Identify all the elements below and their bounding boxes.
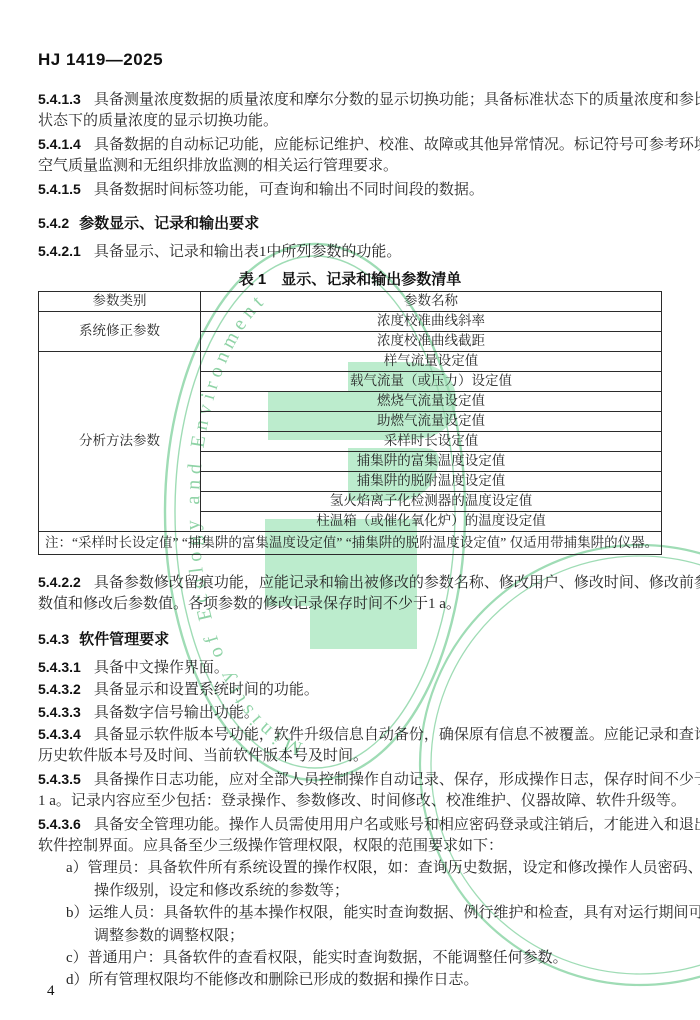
clause-text: d）所有管理权限均不能修改和删除已形成的数据和操作日志。 (66, 972, 479, 988)
clause-number: 5.4.1.5 (38, 181, 81, 197)
clause-text: 1 a。记录内容应至少包括：登录操作、参数修改、时间修改、校准维护、仪器故障、软… (38, 793, 686, 809)
column-header-category: 参数类别 (39, 291, 201, 311)
param-name-cell: 样气流量设定值 (201, 351, 662, 371)
clause-text: 历史软件版本号及时间、当前软件版本号及时间。 (38, 748, 368, 764)
clause-text: 具备显示软件版本号功能，软件升级信息自动备份，确保原有信息不被覆盖。应能记录和查… (94, 727, 700, 743)
clause-text: 软件控制界面。应具备至少三级操作管理权限，权限的范围要求如下： (38, 838, 503, 854)
clause-line: 5.4.2.2具备参数修改留痕功能，应能记录和输出被修改的参数名称、修改用户、修… (38, 571, 662, 593)
table-row: 分析方法参数样气流量设定值 (39, 351, 662, 371)
clause-number: 5.4.2.2 (38, 574, 81, 590)
clause-text: 状态下的质量浓度的显示切换功能。 (38, 113, 278, 129)
clause-text: 具备参数修改留痕功能，应能记录和输出被修改的参数名称、修改用户、修改时间、修改前… (94, 575, 700, 591)
page-number: 4 (47, 983, 55, 1000)
param-name-cell: 柱温箱（或催化氧化炉）的温度设定值 (201, 511, 662, 531)
clause-number: 5.4.3.3 (38, 704, 81, 720)
clause-line: 5.4.3.5具备操作日志功能，应对全部人员控制操作自动记录、保存，形成操作日志… (38, 768, 662, 790)
clause-number: 5.4.3 (38, 631, 69, 647)
param-category-cell: 系统修正参数 (39, 311, 201, 351)
clause-line: c）普通用户：具备软件的查看权限，能实时查询数据，不能调整任何参数。 (38, 947, 662, 969)
clause-line: 软件控制界面。应具备至少三级操作管理权限，权限的范围要求如下： (38, 835, 662, 857)
clause-line: b）运维人员：具备软件的基本操作权限，能实时查询数据、例行维护和检查，具有对运行… (38, 902, 662, 924)
clause-line: d）所有管理权限均不能修改和删除已形成的数据和操作日志。 (38, 969, 662, 991)
document-code: HJ 1419—2025 (38, 50, 163, 70)
clause-text: 软件管理要求 (79, 631, 169, 648)
clause-text: 调整参数的调整权限； (94, 928, 244, 944)
clause-text: a）管理员：具备软件所有系统设置的操作权限，如：查询历史数据，设定和修改操作人员… (66, 860, 700, 876)
clause-text: 空气质量监测和无组织排放监测的相关运行管理要求。 (38, 158, 398, 174)
clause-number: 5.4.3.1 (38, 659, 81, 675)
clause-text: c）普通用户：具备软件的查看权限，能实时查询数据，不能调整任何参数。 (66, 950, 568, 966)
clause-line: 空气质量监测和无组织排放监测的相关运行管理要求。 (38, 155, 662, 177)
clause-line: 5.4.3.3具备数字信号输出功能。 (38, 701, 662, 723)
standard-document-page: Ministry of Ecology and Environment HJ 1… (0, 0, 700, 1020)
param-name-cell: 浓度校准曲线斜率 (201, 311, 662, 331)
clause-line: 5.4.3.2具备显示和设置系统时间的功能。 (38, 678, 662, 700)
clause-number: 5.4.3.6 (38, 816, 81, 832)
param-name-cell: 氢火焰离子化检测器的温度设定值 (201, 491, 662, 511)
clause-number: 5.4.3.5 (38, 771, 81, 787)
clause-number: 5.4.2.1 (38, 243, 81, 259)
table-caption: 表 1 显示、记录和输出参数清单 (38, 269, 662, 291)
clause-text: b）运维人员：具备软件的基本操作权限，能实时查询数据、例行维护和检查，具有对运行… (66, 905, 700, 921)
clause-number: 5.4.1.4 (38, 136, 81, 152)
clause-line: 5.4.3.4具备显示软件版本号功能，软件升级信息自动备份，确保原有信息不被覆盖… (38, 723, 662, 745)
clause-line: 状态下的质量浓度的显示切换功能。 (38, 110, 662, 132)
clause-number: 5.4.2 (38, 215, 69, 231)
clause-text: 具备数据的自动标记功能，应能标记维护、校准、故障或其他异常情况。标记符号可参考环… (94, 137, 700, 153)
clause-line: 5.4.2.1具备显示、记录和输出表1中所列参数的功能。 (38, 240, 662, 262)
clause-line: a）管理员：具备软件所有系统设置的操作权限，如：查询历史数据，设定和修改操作人员… (38, 857, 662, 879)
parameter-table: 参数类别参数名称系统修正参数浓度校准曲线斜率浓度校准曲线截距分析方法参数样气流量… (38, 291, 662, 555)
clause-number: 5.4.3.2 (38, 681, 81, 697)
clause-text: 具备中文操作界面。 (94, 660, 229, 676)
clause-line: 操作级别，设定和修改系统的参数等； (38, 880, 662, 902)
clause-text: 具备显示和设置系统时间的功能。 (94, 682, 319, 698)
document-content: HJ 1419—2025 5.4.1.3具备测量浓度数据的质量浓度和摩尔分数的显… (0, 0, 700, 1020)
clause-line: 5.4.1.4具备数据的自动标记功能，应能标记维护、校准、故障或其他异常情况。标… (38, 133, 662, 155)
param-name-cell: 采样时长设定值 (201, 431, 662, 451)
clause-line: 5.4.1.3具备测量浓度数据的质量浓度和摩尔分数的显示切换功能；具备标准状态下… (38, 88, 662, 110)
clause-text: 具备显示、记录和输出表1中所列参数的功能。 (94, 244, 402, 260)
document-body: 5.4.1.3具备测量浓度数据的质量浓度和摩尔分数的显示切换功能；具备标准状态下… (38, 88, 662, 992)
table-note-row: 注：“采样时长设定值” “捕集阱的富集温度设定值” “捕集阱的脱附温度设定值” … (39, 531, 662, 554)
clause-line: 调整参数的调整权限； (38, 925, 662, 947)
param-category-cell: 分析方法参数 (39, 351, 201, 531)
section-heading: 5.4.3软件管理要求 (38, 628, 662, 650)
clause-number: 5.4.1.3 (38, 91, 81, 107)
clause-line: 数值和修改后参数值。各项参数的修改记录保存时间不少于1 a。 (38, 593, 662, 615)
clause-text: 参数显示、记录和输出要求 (79, 215, 259, 232)
clause-line: 5.4.3.6具备安全管理功能。操作人员需使用用户名或账号和相应密码登录或注销后… (38, 813, 662, 835)
param-name-cell: 浓度校准曲线截距 (201, 331, 662, 351)
clause-text: 操作级别，设定和修改系统的参数等； (94, 883, 349, 899)
clause-text: 具备操作日志功能，应对全部人员控制操作自动记录、保存，形成操作日志，保存时间不少… (94, 772, 700, 788)
clause-text: 具备数据时间标签功能，可查询和输出不同时间段的数据。 (94, 182, 484, 198)
param-name-cell: 助燃气流量设定值 (201, 411, 662, 431)
clause-text: 具备安全管理功能。操作人员需使用用户名或账号和相应密码登录或注销后，才能进入和退… (94, 817, 700, 833)
column-header-name: 参数名称 (201, 291, 662, 311)
clause-text: 数值和修改后参数值。各项参数的修改记录保存时间不少于1 a。 (38, 596, 461, 612)
param-name-cell: 燃烧气流量设定值 (201, 391, 662, 411)
table-header-row: 参数类别参数名称 (39, 291, 662, 311)
param-name-cell: 捕集阱的脱附温度设定值 (201, 471, 662, 491)
param-name-cell: 载气流量（或压力）设定值 (201, 371, 662, 391)
clause-number: 5.4.3.4 (38, 726, 81, 742)
param-name-cell: 捕集阱的富集温度设定值 (201, 451, 662, 471)
clause-text: 具备测量浓度数据的质量浓度和摩尔分数的显示切换功能；具备标准状态下的质量浓度和参… (94, 92, 700, 108)
section-heading: 5.4.2参数显示、记录和输出要求 (38, 212, 662, 234)
clause-line: 5.4.3.1具备中文操作界面。 (38, 656, 662, 678)
table-note: 注：“采样时长设定值” “捕集阱的富集温度设定值” “捕集阱的脱附温度设定值” … (39, 531, 662, 554)
table-row: 系统修正参数浓度校准曲线斜率 (39, 311, 662, 331)
clause-line: 历史软件版本号及时间、当前软件版本号及时间。 (38, 745, 662, 767)
clause-text: 具备数字信号输出功能。 (94, 705, 259, 721)
clause-line: 1 a。记录内容应至少包括：登录操作、参数修改、时间修改、校准维护、仪器故障、软… (38, 790, 662, 812)
clause-line: 5.4.1.5具备数据时间标签功能，可查询和输出不同时间段的数据。 (38, 178, 662, 200)
